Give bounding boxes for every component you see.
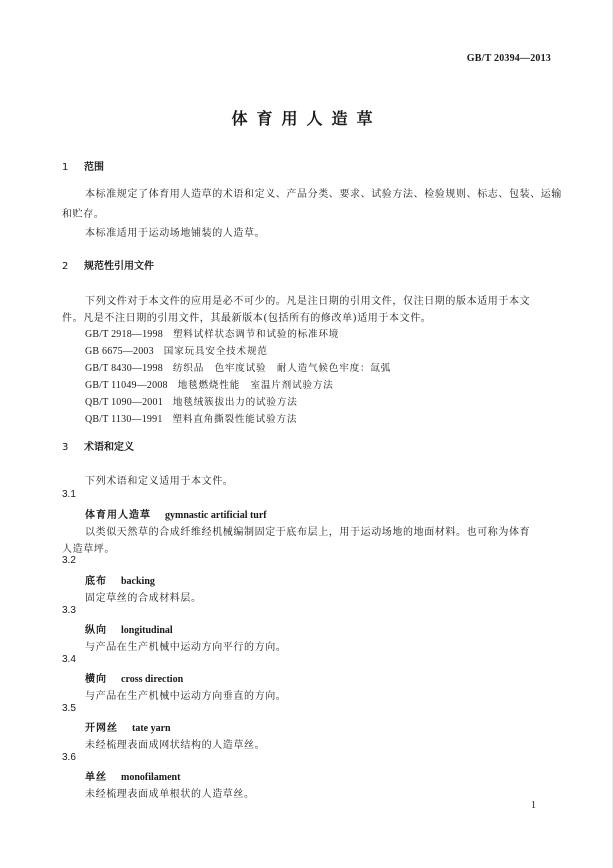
section-1-para-2: 本标准适用于运动场地铺装的人造草。 (85, 224, 265, 239)
term-definition: 与产品在生产机械中运动方向垂直的方向。 (85, 687, 286, 702)
term-heading: 纵向longitudinal (85, 621, 173, 636)
section-3-heading: 3术语和定义 (62, 438, 134, 453)
standard-code: GB/T 20394—2013 (467, 53, 551, 64)
reference-item: GB/T 8430—1998纺织品 色牢度试验 耐人造气候色牢度：氙弧 (85, 360, 391, 374)
term-heading: 体育用人造草gymnastic artificial turf (85, 506, 267, 521)
reference-item: QB/T 1090—2001地毯绒簇拔出力的试验方法 (85, 394, 298, 408)
section-3-intro: 下列术语和定义适用于本文件。 (85, 472, 233, 487)
reference-item: QB/T 1130—1991塑料直角撕裂性能试验方法 (85, 411, 297, 425)
page-number: 1 (531, 800, 536, 811)
term-number: 3.3 (62, 605, 76, 616)
reference-item: GB 6675—2003国家玩具安全技术规范 (85, 343, 268, 357)
term-number: 3.2 (62, 555, 76, 566)
reference-item: GB/T 2918—1998塑料试样状态调节和试验的标准环境 (85, 326, 339, 340)
section-2-para-line-2: 件。凡是不注日期的引用文件，其最新版本(包括所有的修改单)适用于本文件。 (62, 309, 431, 324)
term-number: 3.4 (62, 654, 76, 665)
section-2-para-line-1: 下列文件对于本文件的应用是必不可少的。凡是注日期的引用文件，仅注日期的版本适用于… (85, 292, 530, 307)
document-title: 体育用人造草 (0, 106, 613, 129)
term-definition: 未经梳理表面成网状结构的人造草丝。 (85, 736, 265, 751)
term-heading: 横向cross direction (85, 670, 183, 685)
term-heading: 底布backing (85, 572, 155, 587)
term-number: 3.6 (62, 752, 76, 763)
section-1-para-line-1: 本标准规定了体育用人造草的术语和定义、产品分类、要求、试验方法、检验规则、标志、… (85, 185, 562, 200)
term-definition: 未经梳理表面成单根状的人造草丝。 (85, 785, 255, 800)
term-heading: 单丝monofilament (85, 768, 180, 783)
term-number: 3.5 (62, 703, 76, 714)
term-definition: 固定草丝的合成材料层。 (85, 589, 202, 604)
term-number: 3.1 (62, 489, 76, 500)
section-1-para-line-2: 和贮存。 (62, 205, 104, 220)
term-heading: 开网丝tate yarn (85, 719, 171, 734)
reference-item: GB/T 11049—2008地毯燃烧性能 室温片剂试验方法 (85, 377, 334, 391)
term-definition: 以类似天然草的合成纤维经机械编制固定于底布层上，用于运动场地的地面材料。也可称为… (85, 523, 530, 538)
section-2-heading: 2规范性引用文件 (62, 257, 154, 272)
term-definition: 与产品在生产机械中运动方向平行的方向。 (85, 638, 286, 653)
section-1-heading: 1范围 (62, 158, 104, 173)
term-definition: 人造草坪。 (62, 540, 115, 555)
